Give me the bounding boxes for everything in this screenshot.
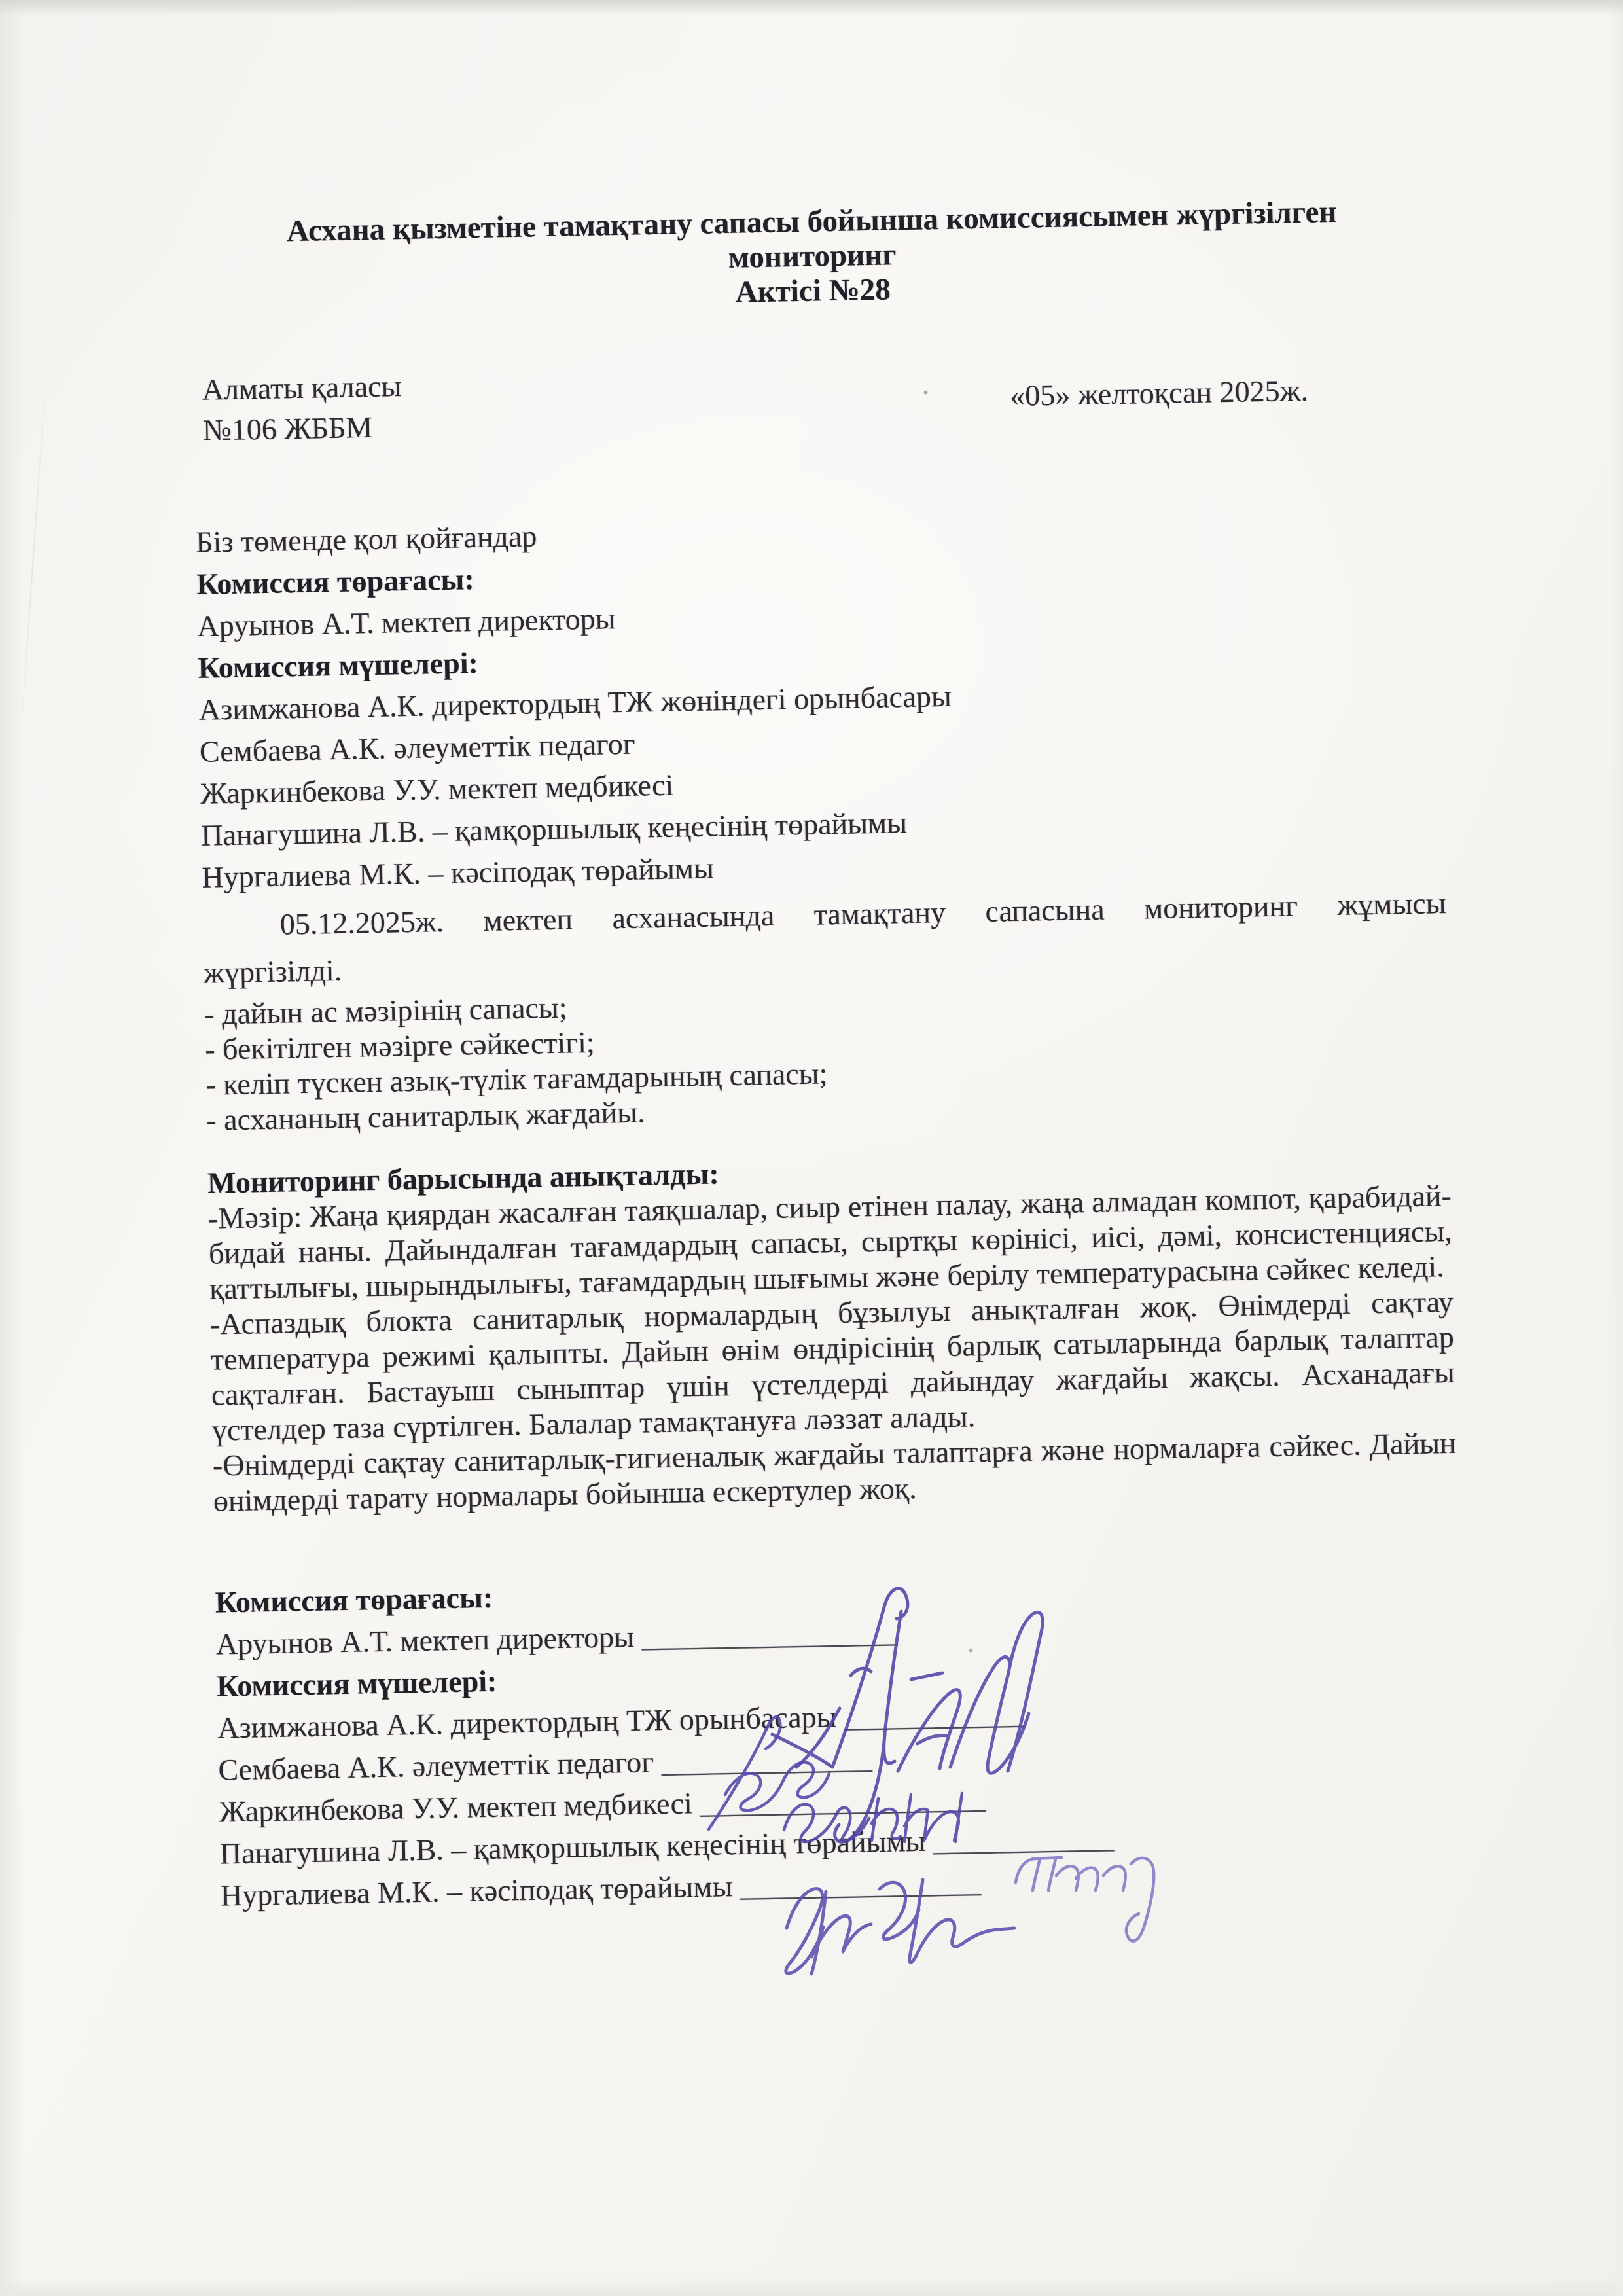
document-content: Асхана қызметіне тамақтану сапасы бойынш… [190,193,1464,1916]
signature-line: ___________________ [700,1781,986,1820]
signature-line: _________________ [641,1615,898,1653]
document-title: Асхана қызметіне тамақтану сапасы бойынш… [190,193,1435,320]
findings-paragraph-sanitary: -Аспаздық блокта санитарлық нормалардың … [210,1284,1456,1448]
paper-crease [18,354,48,759]
signer-name: Нургалиева М.К. – кәсіподақ төрайымы [221,1869,733,1912]
scan-specks [0,0,2,2]
signer-name: Жаркинбекова У.У. мектеп медбикесі [219,1786,692,1828]
signer-name: Аруынов А.Т. мектеп директоры [216,1620,635,1661]
scanned-page: Асхана қызметіне тамақтану сапасы бойынш… [0,0,1623,2296]
signature-line: ________________ [740,1865,981,1903]
signer-name: Сембаева А.К. әлеуметтік педагог [218,1745,654,1786]
signature-line: ______________ [661,1741,872,1778]
signature-line: ____________ [933,1821,1115,1857]
commission-roster: Комиссия төрағасы: Аруынов А.Т. мектеп д… [196,541,1446,899]
signature-block: Комиссия төрағасы: Аруынов А.Т. мектеп д… [215,1559,1464,1917]
document-date: «05» желтоқсан 2025ж. [1010,370,1309,416]
signature-line: ____________ [844,1696,1026,1733]
checklist: - дайын ас мәзірінің сапасы; - бекітілге… [204,974,1450,1138]
signer-name: Азимжанова А.К. директордың ТЖ орынбасар… [217,1700,837,1744]
document-header: Алматы қаласы №106 ЖББМ «05» желтоқсан 2… [192,347,1437,454]
